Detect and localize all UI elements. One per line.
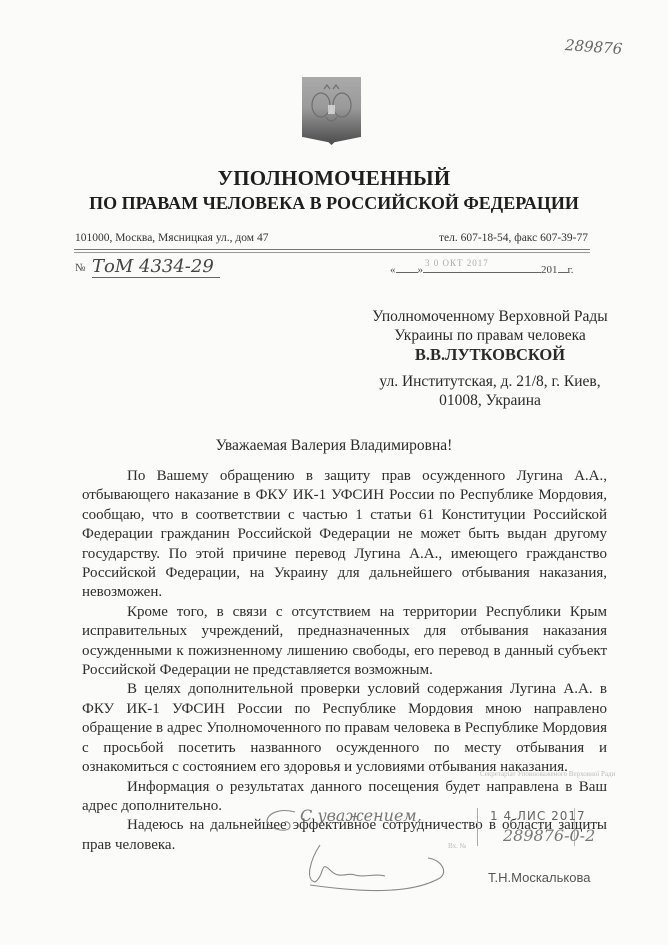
signer-name: Т.Н.Москалькова (488, 870, 590, 885)
recipient-name: В.В.ЛУТКОВСКОЙ (355, 345, 625, 364)
letterhead-title: УПОЛНОМОЧЕННЫЙ (0, 166, 668, 191)
letterhead-subtitle: ПО ПРАВАМ ЧЕЛОВЕКА В РОССИЙСКОЙ ФЕДЕРАЦИ… (0, 193, 668, 214)
stamp-faint-text: Секретаріат Уповноваженого Верховної Рад… (480, 770, 615, 779)
stamp-faint-label: Вх. № (448, 842, 466, 851)
recipient-address-line-2: 01008, Украина (355, 391, 625, 410)
salutation: Уважаемая Валерия Владимировна! (0, 437, 668, 455)
recipient-address-line-1: ул. Институтская, д. 21/8, г. Киев, (355, 372, 625, 391)
outgoing-number-label: № (75, 262, 86, 274)
date-year: 201 (541, 264, 558, 276)
recipient-address: ул. Институтская, д. 21/8, г. Киев, 0100… (355, 372, 625, 410)
coat-of-arms-icon (302, 77, 361, 145)
registration-stamp-date: 1 4 ЛИС 2017 (490, 809, 586, 823)
date-open-quote: « (390, 264, 396, 276)
recipient-block: Уполномоченному Верховной Рады Украины п… (355, 307, 625, 364)
sender-contacts: тел. 607-18-54, факс 607-39-77 (439, 232, 588, 244)
date-month-blank (423, 272, 541, 273)
date-year-blank (558, 272, 568, 273)
outgoing-number-value: ТоМ 4334-29 (92, 256, 220, 278)
handwritten-number: 289876 (564, 36, 622, 58)
date-stamp: 3 0 ОКТ 2017 (425, 258, 489, 268)
registration-stamp-number: 289876-0-2 (503, 826, 595, 845)
paragraph: В целях дополнительной проверки условий … (82, 680, 607, 777)
date-suffix: г. (568, 264, 574, 276)
date-close-quote: » (418, 264, 424, 276)
letterhead-divider (74, 249, 590, 250)
paragraph: Кроме того, в связи с отсутствием на тер… (82, 603, 607, 681)
recipient-line-2: Украины по правам человека (355, 326, 625, 345)
sender-address: 101000, Москва, Мясницкая ул., дом 47 (75, 232, 268, 244)
date-day-blank (396, 272, 418, 273)
signature-icon (250, 800, 450, 900)
letterhead-divider-secondary (74, 252, 590, 253)
paragraph: По Вашему обращению в защиту прав осужде… (82, 467, 607, 603)
recipient-line-1: Уполномоченному Верховной Рады (355, 307, 625, 326)
letter-body: По Вашему обращению в защиту прав осужде… (82, 467, 607, 855)
